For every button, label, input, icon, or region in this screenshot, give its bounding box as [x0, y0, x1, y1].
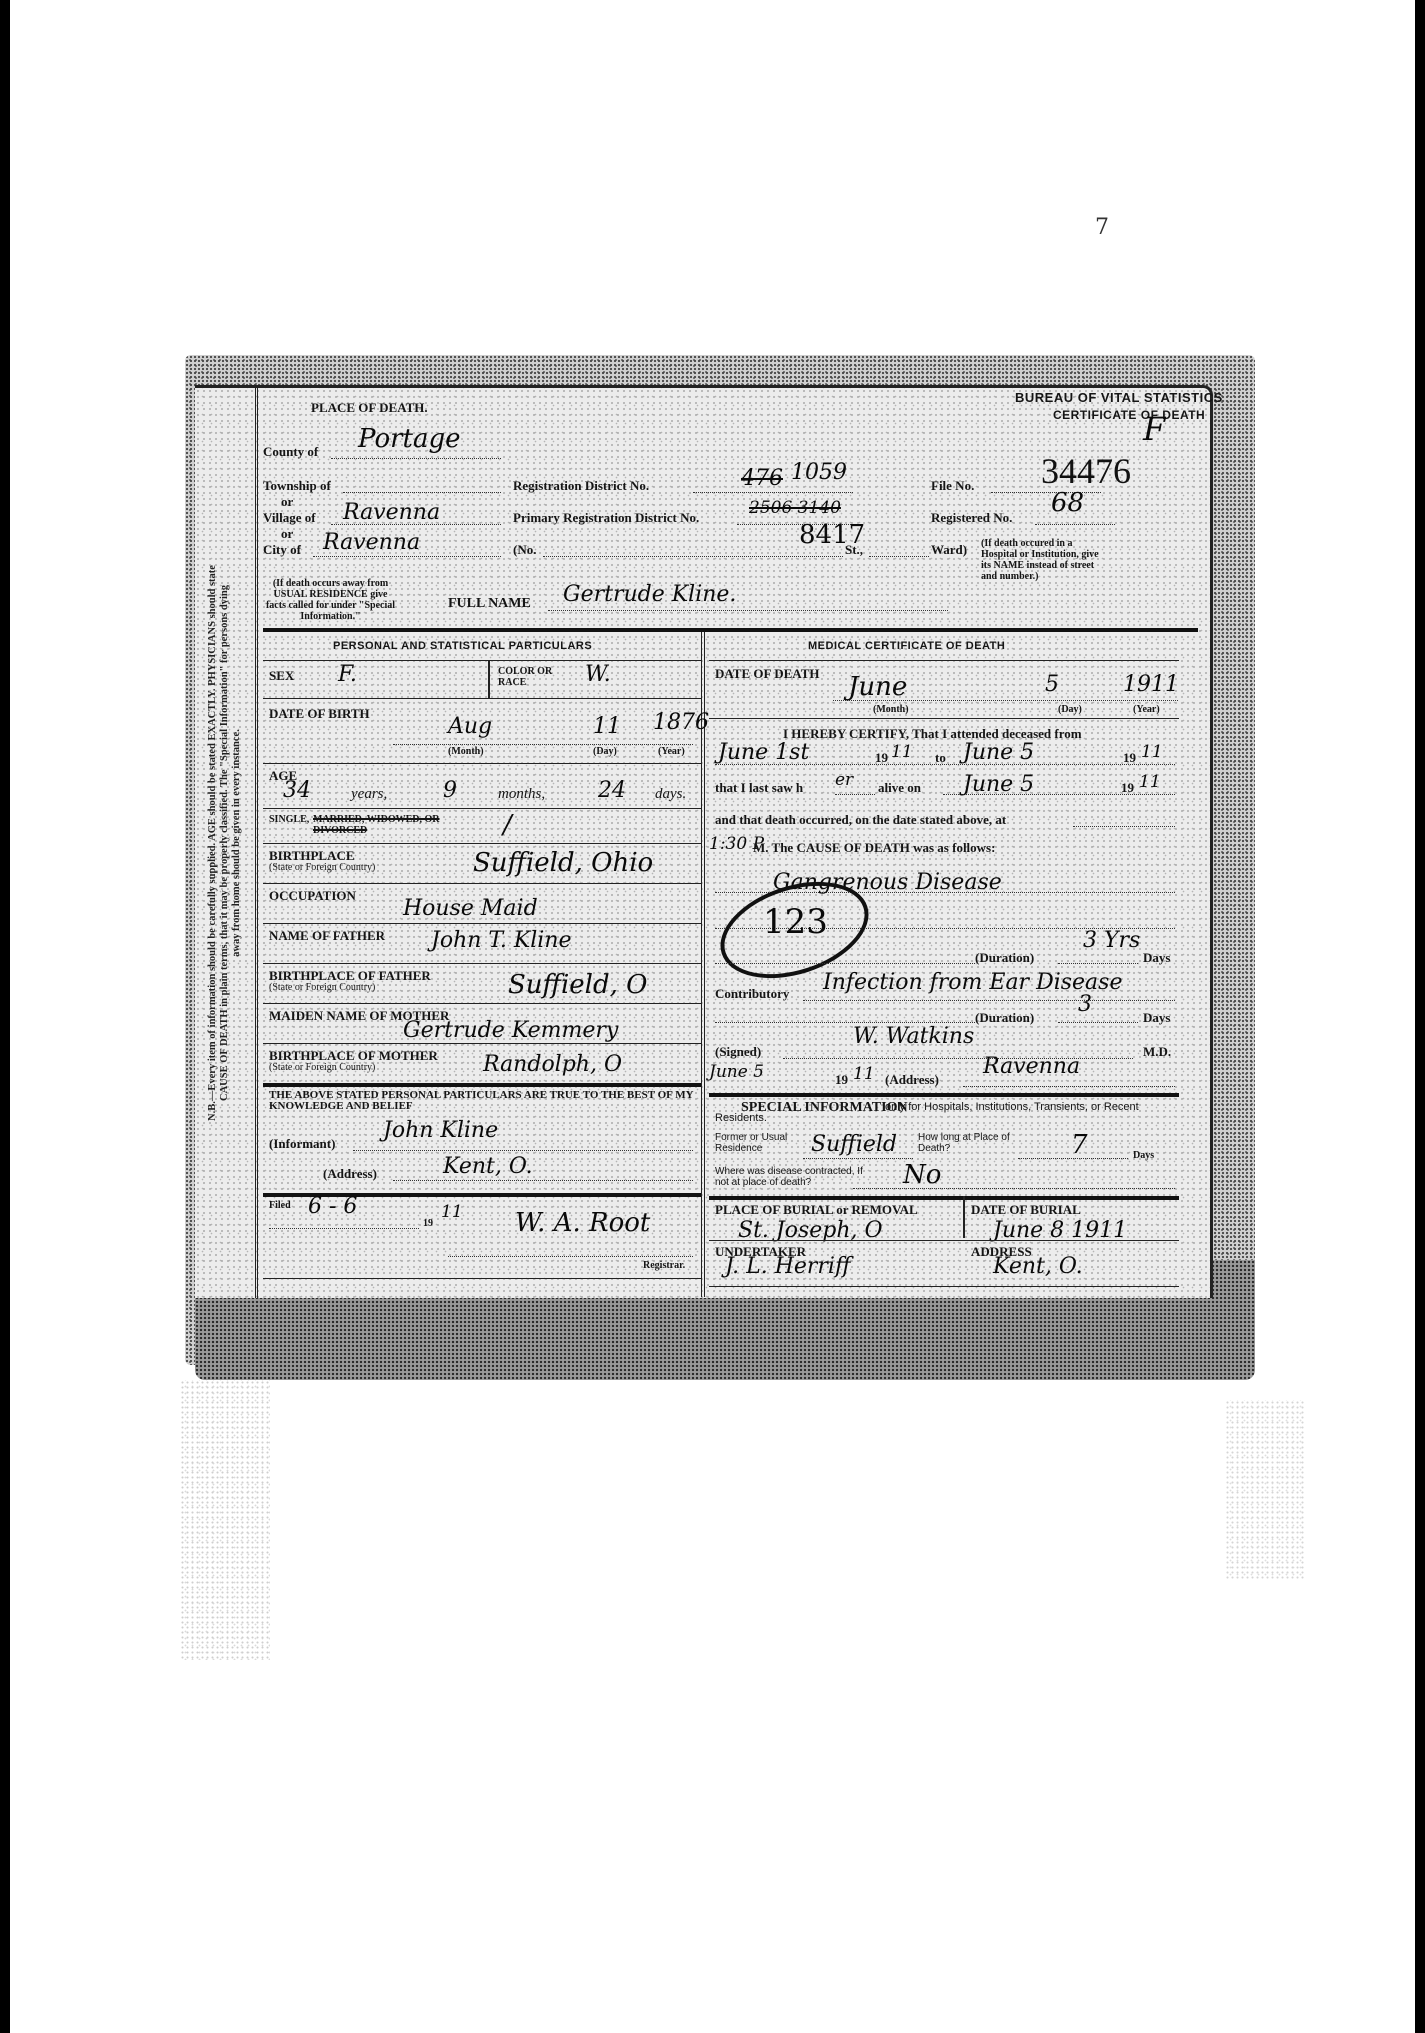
- days-label: Days: [1133, 1150, 1154, 1161]
- informant-address-value: Kent, O.: [443, 1154, 533, 1179]
- last-saw-label: that I last saw h: [715, 780, 803, 796]
- age-months-value: 9: [443, 778, 457, 803]
- mother-name-value: Gertrude Kemmery: [403, 1018, 618, 1043]
- former-residence-value: Suffield: [811, 1132, 897, 1157]
- certify-text: I HEREBY CERTIFY, That I attended deceas…: [783, 726, 1082, 742]
- months-word: months,: [498, 786, 545, 803]
- to-year: 11: [1141, 742, 1163, 762]
- informant-label: (Informant): [269, 1136, 335, 1152]
- scan-noise: [180, 1380, 270, 1660]
- years-word: years,: [351, 786, 387, 803]
- date-of-death-year: 1911: [1123, 672, 1179, 697]
- cause-of-death-text: M. The CAUSE OF DEATH was as follows:: [753, 840, 995, 856]
- death-occurred-text: and that death occurred, on the date sta…: [715, 812, 1006, 828]
- dob-day: 11: [593, 714, 621, 739]
- alive-century: 19: [1121, 780, 1134, 796]
- mother-birthplace-value: Randolph, O: [483, 1052, 622, 1077]
- side-instructions: N.B.—Every item of information should be…: [195, 388, 258, 1298]
- duration-label: (Duration): [975, 1010, 1034, 1026]
- signed-label: (Signed): [715, 1044, 761, 1060]
- marital-label-struck: MARRIED, WIDOWED, OR DIVORCED: [313, 814, 463, 836]
- registered-number-label: Registered No.: [931, 510, 1012, 526]
- informant-value: John Kline: [383, 1118, 498, 1143]
- scan-border-right: [1415, 0, 1425, 2033]
- from-year: 11: [891, 742, 913, 762]
- date-of-death-day: 5: [1045, 672, 1059, 697]
- registered-number-value: 68: [1051, 488, 1084, 518]
- city-value: Ravenna: [323, 530, 420, 555]
- scan-border-left: [0, 0, 10, 2033]
- father-birthplace-sub: (State or Foreign Country): [269, 982, 375, 993]
- certificate-title: CERTIFICATE OF DEATH: [1053, 408, 1205, 422]
- to-century: 19: [1123, 750, 1136, 766]
- burial-date-label: DATE OF BURIAL: [971, 1202, 1081, 1218]
- burial-place-label: PLACE OF BURIAL or REMOVAL: [715, 1202, 918, 1218]
- stray-mark: 7: [1095, 215, 1109, 240]
- place-of-death-heading: PLACE OF DEATH.: [311, 400, 428, 416]
- side-note-line: N.B.—Every item of information should be…: [207, 403, 219, 1283]
- month-caption: (Month): [873, 704, 909, 715]
- hospital-note: (If death occured in a Hospital or Insti…: [981, 538, 1106, 582]
- physician-address-label: (Address): [885, 1072, 939, 1088]
- township-label: Township of: [263, 478, 331, 494]
- city-label: City of: [263, 542, 301, 558]
- father-name-value: John T. Kline: [431, 928, 572, 953]
- days-label: Days: [1143, 1010, 1170, 1026]
- sex-value: F.: [338, 662, 357, 687]
- primary-district-label: Primary Registration District No.: [513, 510, 699, 526]
- signature-date: June 5: [709, 1062, 764, 1082]
- dob-label: DATE OF BIRTH: [269, 706, 370, 722]
- md-label: M.D.: [1143, 1044, 1171, 1060]
- corner-mark: F: [1143, 410, 1165, 448]
- certificate-body: BUREAU OF VITAL STATISTICS CERTIFICATE O…: [263, 388, 1202, 1298]
- from-century: 19: [875, 750, 888, 766]
- registrar-label: Registrar.: [643, 1260, 685, 1271]
- day-caption: (Day): [593, 746, 617, 757]
- away-from-residence-note: (If death occurs away from USUAL RESIDEN…: [263, 578, 398, 622]
- month-caption: (Month): [448, 746, 484, 757]
- former-residence-label: Former or Usual Residence: [715, 1132, 805, 1154]
- registration-district-struck: 476: [741, 466, 783, 491]
- registration-district-label: Registration District No.: [513, 478, 649, 494]
- full-name-value: Gertrude Kline.: [563, 582, 736, 607]
- attended-to-value: June 5: [963, 740, 1034, 765]
- filed-year: 11: [441, 1202, 463, 1222]
- age-years-value: 34: [283, 778, 311, 803]
- undertaker-address-value: Kent, O.: [993, 1254, 1083, 1279]
- year-caption: (Year): [1133, 704, 1160, 715]
- file-number-value: 34476: [1041, 450, 1131, 492]
- date-of-death-label: DATE OF DEATH: [715, 666, 820, 682]
- father-name-label: NAME OF FATHER: [269, 928, 385, 944]
- village-value: Ravenna: [343, 500, 440, 525]
- father-birthplace-value: Suffield, O: [508, 970, 647, 1000]
- day-caption: (Day): [1058, 704, 1082, 715]
- county-value: Portage: [358, 424, 461, 454]
- or-label: or: [281, 526, 293, 542]
- occupation-value: House Maid: [403, 896, 538, 921]
- physician-address-value: Ravenna: [983, 1054, 1080, 1079]
- contributory-label: Contributory: [715, 986, 789, 1002]
- marital-value: /: [503, 810, 512, 840]
- attended-from-value: June 1st: [718, 740, 809, 765]
- personal-heading: PERSONAL AND STATISTICAL PARTICULARS: [333, 640, 592, 652]
- alive-on-label: alive on: [878, 780, 921, 796]
- dob-year: 1876: [653, 710, 709, 735]
- marital-label-kept: SINGLE,: [269, 814, 309, 825]
- bureau-title: BUREAU OF VITAL STATISTICS: [1015, 390, 1223, 405]
- full-name-label: FULL NAME: [448, 596, 531, 612]
- year-caption: (Year): [658, 746, 685, 757]
- death-certificate: N.B.—Every item of information should be…: [195, 385, 1213, 1298]
- to-word: to: [935, 750, 946, 766]
- sex-label: SEX: [269, 668, 294, 684]
- cause-code-value: 123: [763, 902, 828, 942]
- scan-noise: [1225, 1400, 1305, 1580]
- occupation-label: OCCUPATION: [269, 888, 356, 904]
- days-word: days.: [655, 786, 686, 803]
- birthplace-value: Suffield, Ohio: [473, 848, 653, 878]
- file-number-label: File No.: [931, 478, 974, 494]
- filed-label: Filed: [269, 1200, 291, 1211]
- age-days-value: 24: [598, 778, 626, 803]
- disease-contracted-value: No: [903, 1160, 941, 1190]
- village-label: Village of: [263, 510, 316, 526]
- county-label: County of: [263, 444, 318, 460]
- birthplace-sub: (State or Foreign Country): [269, 862, 375, 873]
- race-label: COLOR OR RACE: [498, 666, 573, 688]
- duration-label: (Duration): [975, 950, 1034, 966]
- or-label: or: [281, 494, 293, 510]
- side-note-line: CAUSE OF DEATH in plain terms, that it m…: [219, 403, 231, 1283]
- registrar-signature: W. A. Root: [515, 1208, 650, 1238]
- attestation-text: THE ABOVE STATED PERSONAL PARTICULARS AR…: [269, 1090, 694, 1112]
- filed-date: 6 - 6: [308, 1194, 357, 1219]
- race-value: W.: [585, 662, 611, 687]
- disease-contracted-label: Where was disease contracted, If not at …: [715, 1166, 875, 1188]
- filed-century: 19: [423, 1218, 433, 1229]
- street-label: St.,: [845, 542, 863, 558]
- primary-district-struck: 2506 3140: [749, 498, 841, 518]
- undertaker-value: J. L. Herriff: [725, 1254, 851, 1279]
- alive-on-value: June 5: [963, 772, 1034, 797]
- street-number-label: (No.: [513, 542, 536, 558]
- duration-value: 3 Yrs: [1083, 928, 1140, 953]
- medical-heading: MEDICAL CERTIFICATE OF DEATH: [808, 640, 1005, 652]
- dob-month: Aug: [448, 714, 492, 739]
- physician-signature: W. Watkins: [853, 1024, 974, 1049]
- last-saw-pronoun: er: [835, 770, 853, 790]
- sign-century: 19: [835, 1072, 848, 1088]
- date-of-death-month: June: [848, 672, 907, 702]
- days-label: Days: [1143, 950, 1170, 966]
- sign-year: 11: [853, 1064, 875, 1084]
- ward-label: Ward): [931, 542, 967, 558]
- contributory-duration-value: 3: [1078, 992, 1092, 1017]
- side-note-line: away from home should be given in every …: [231, 403, 243, 1283]
- alive-year: 11: [1139, 772, 1161, 792]
- special-info-subheading: only for Hospitals, Institutions, Transi…: [715, 1102, 1175, 1124]
- registration-district-value: 1059: [791, 460, 847, 485]
- how-long-label: How long at Place of Death?: [918, 1132, 1018, 1154]
- how-long-value: 7: [1071, 1130, 1088, 1160]
- mother-birthplace-sub: (State or Foreign Country): [269, 1062, 375, 1073]
- informant-address-label: (Address): [323, 1166, 377, 1182]
